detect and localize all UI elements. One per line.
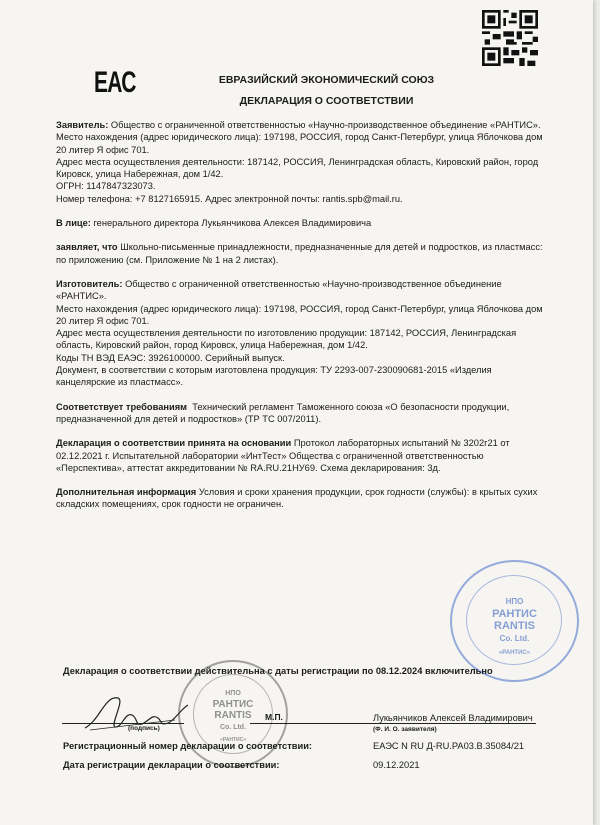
basis-label: Декларация о соответствии принята на осн… bbox=[56, 438, 291, 448]
applicant-activity-address: Адрес места осуществления деятельности: … bbox=[56, 156, 546, 181]
declaration-body: Заявитель: Общество с ограниченной ответ… bbox=[56, 119, 546, 511]
manufacturer-document: Документ, в соответствии с которым изгот… bbox=[56, 364, 546, 389]
applicant-contacts: Номер телефона: +7 8127165915. Адрес эле… bbox=[56, 193, 546, 205]
stamp2-co-ltd: Co. Ltd. bbox=[180, 723, 286, 733]
applicant-section: Заявитель: Общество с ограниченной ответ… bbox=[56, 119, 546, 131]
seal-place-label: М.П. bbox=[265, 712, 283, 722]
stamp2-npo: НПО bbox=[180, 689, 286, 699]
basis-section: Декларация о соответствии принята на осн… bbox=[56, 437, 546, 474]
manufacturer-label: Изготовитель: bbox=[56, 279, 122, 289]
stamp-npo: НПО bbox=[452, 597, 577, 607]
stamp2-rantis-ru: РАНТИС bbox=[180, 700, 286, 710]
complies-label: Соответствует требованиям bbox=[56, 402, 187, 412]
manufacturer-location: Место нахождения (адрес юридического лиц… bbox=[56, 303, 546, 328]
registration-date-label: Дата регистрации декларации о соответств… bbox=[63, 760, 279, 770]
fio-caption: (Ф. И. О. заявителя) bbox=[373, 726, 437, 733]
signature-caption: (подпись) bbox=[128, 725, 160, 732]
applicant-location: Место нахождения (адрес юридического лиц… bbox=[56, 131, 546, 156]
complies-section: Соответствует требованиям Технический ре… bbox=[56, 401, 546, 426]
name-line bbox=[250, 723, 536, 724]
additional-section: Дополнительная информация Условия и срок… bbox=[56, 486, 546, 511]
manufacturer-production-address: Адрес места осуществления деятельности п… bbox=[56, 327, 546, 352]
represented-by-label: В лице: bbox=[56, 218, 91, 228]
additional-label: Дополнительная информация bbox=[56, 487, 196, 497]
manufacturer-codes: Коды ТН ВЭД ЕАЭС: 3926100000. Серийный в… bbox=[56, 352, 546, 364]
applicant-label: Заявитель: bbox=[56, 120, 108, 130]
registration-number-label: Регистрационный номер декларации о соотв… bbox=[63, 741, 312, 751]
signature-line bbox=[62, 723, 184, 724]
qr-code-icon bbox=[482, 8, 538, 68]
stamp-rantis-en: RANTIS bbox=[452, 621, 577, 631]
applicant-ogrn: ОГРН: 1147847323073. bbox=[56, 180, 546, 192]
declaration-page: ЕАС ЕВРАЗИЙСКИЙ ЭКОНОМИЧЕСКИЙ СОЮЗ ДЕКЛА… bbox=[0, 0, 593, 825]
stamp-bottom: «РАНТИС» bbox=[452, 648, 577, 658]
stamp-co-ltd: Co. Ltd. bbox=[452, 634, 577, 644]
stamp-rantis-ru: РАНТИС bbox=[452, 609, 577, 619]
applicant-name: Лукьянчиков Алексей Владимирович bbox=[373, 713, 533, 723]
represented-by-text: генерального директора Лукьянчикова Алек… bbox=[94, 218, 372, 228]
applicant-text: Общество с ограниченной ответственностью… bbox=[111, 120, 541, 130]
declares-text: Школьно-письменные принадлежности, предн… bbox=[56, 242, 543, 264]
represented-by-section: В лице: генерального директора Лукьянчик… bbox=[56, 217, 546, 229]
company-stamp-blue: НПО РАНТИС RANTIS Co. Ltd. «РАНТИС» bbox=[450, 560, 579, 682]
union-title: ЕВРАЗИЙСКИЙ ЭКОНОМИЧЕСКИЙ СОЮЗ bbox=[0, 74, 593, 86]
validity-statement: Декларация о соответствии действительна … bbox=[63, 666, 493, 676]
manufacturer-section: Изготовитель: Общество с ограниченной от… bbox=[56, 278, 546, 303]
manufacturer-text: Общество с ограниченной ответственностью… bbox=[56, 279, 502, 301]
declares-section: заявляет, что Школьно-письменные принадл… bbox=[56, 241, 546, 266]
registration-number: ЕАЭС N RU Д-RU.PA03.B.35084/21 bbox=[373, 741, 524, 751]
declares-label: заявляет, что bbox=[56, 242, 118, 252]
registration-date: 09.12.2021 bbox=[373, 760, 420, 770]
document-title: ДЕКЛАРАЦИЯ О СООТВЕТСТВИИ bbox=[0, 95, 593, 107]
